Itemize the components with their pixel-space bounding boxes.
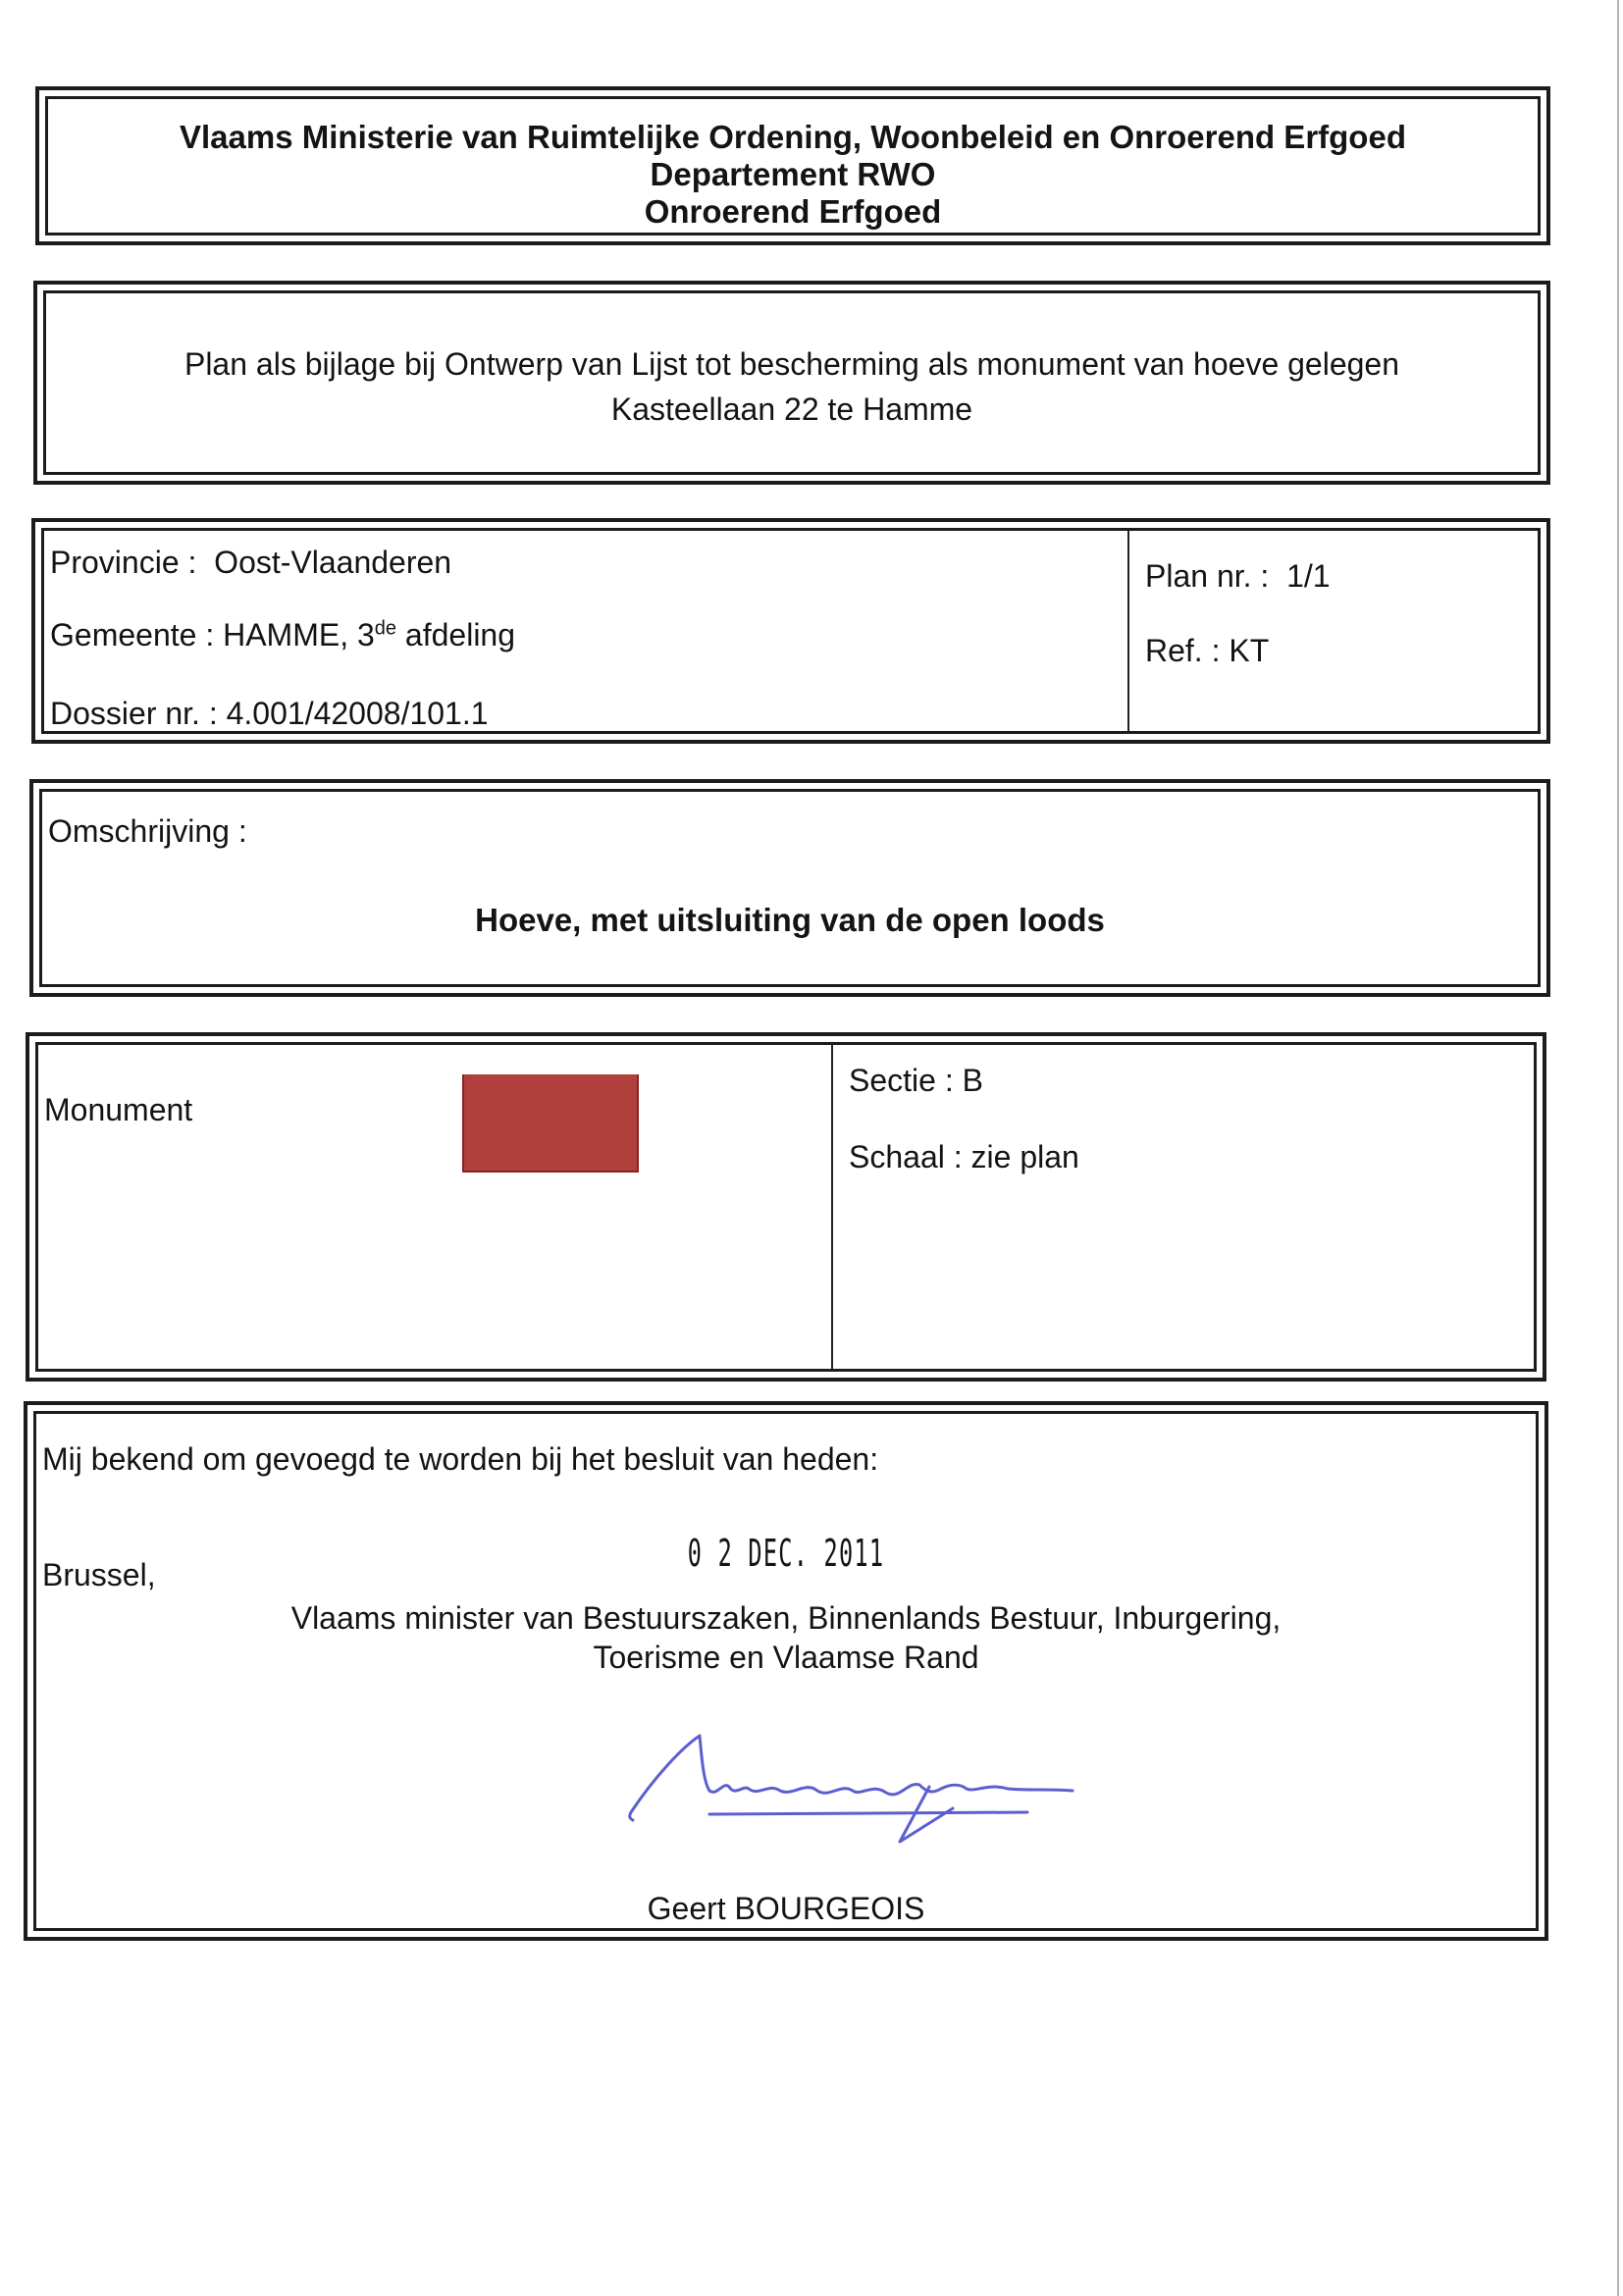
agency-name: Onroerend Erfgoed [48,193,1538,231]
gemeente-label: Gemeente : [50,617,214,652]
signatory-name: Geert BOURGEOIS [36,1891,1536,1927]
plan-nr-label: Plan nr. : [1145,558,1269,594]
gemeente-value: HAMME, 3 [223,617,375,652]
ministry-header-box: Vlaams Ministerie van Ruimtelijke Ordeni… [35,86,1550,245]
schaal-value: zie plan [971,1139,1079,1174]
dossier-field: Dossier nr. : 4.001/42008/101.1 [50,696,489,732]
gemeente-ordinal: de [375,617,396,639]
sectie-field: Sectie : B [849,1063,983,1099]
ref-field: Ref. : KT [1145,633,1269,669]
minister-title-line2: Toerisme en Vlaamse Rand [36,1640,1536,1676]
plan-title-line2: Kasteellaan 22 te Hamme [46,391,1538,428]
description-box: Omschrijving : Hoeve, met uitsluiting va… [29,779,1550,997]
signature-icon [596,1728,1145,1885]
provincie-field: Provincie : Oost-Vlaanderen [50,545,451,581]
approval-box: Mij bekend om gevoegd te worden bij het … [24,1401,1548,1941]
plan-title-box: Plan als bijlage bij Ontwerp van Lijst t… [33,281,1550,485]
plan-nr-field: Plan nr. : 1/1 [1145,558,1331,595]
ref-value: KT [1229,633,1269,668]
ministry-name: Vlaams Ministerie van Ruimtelijke Ordeni… [48,119,1538,156]
sectie-label: Sectie : [849,1063,954,1098]
plan-title-line1: Plan als bijlage bij Ontwerp van Lijst t… [46,346,1538,383]
description-label: Omschrijving : [48,813,247,850]
sectie-value: B [963,1063,983,1098]
schaal-label: Schaal : [849,1139,963,1174]
minister-title-line1: Vlaams minister van Bestuurszaken, Binne… [36,1600,1536,1637]
scan-edge-line [1617,0,1619,2296]
gemeente-value-suffix: afdeling [396,617,515,652]
dossier-value: 4.001/42008/101.1 [227,696,489,731]
location-box: Provincie : Oost-Vlaanderen Gemeente : H… [31,518,1550,744]
ref-label: Ref. : [1145,633,1220,668]
dossier-label: Dossier nr. : [50,696,218,731]
legend-box: Monument Sectie : B Schaal : zie plan [26,1032,1546,1382]
schaal-field: Schaal : zie plan [849,1139,1079,1175]
gemeente-field: Gemeente : HAMME, 3de afdeling [50,617,515,653]
plan-nr-value: 1/1 [1286,558,1330,594]
department-name: Departement RWO [48,156,1538,193]
legend-divider [831,1045,833,1369]
approval-intro: Mij bekend om gevoegd te worden bij het … [42,1441,878,1478]
provincie-label: Provincie : [50,545,196,580]
date-stamp: 0 2 DEC. 2011 [321,1532,1250,1575]
monument-color-swatch [462,1074,639,1173]
provincie-value: Oost-Vlaanderen [214,545,451,580]
monument-label: Monument [44,1092,192,1128]
location-divider [1127,531,1129,731]
approval-place: Brussel, [42,1557,156,1593]
description-value: Hoeve, met uitsluiting van de open loods [42,902,1538,939]
